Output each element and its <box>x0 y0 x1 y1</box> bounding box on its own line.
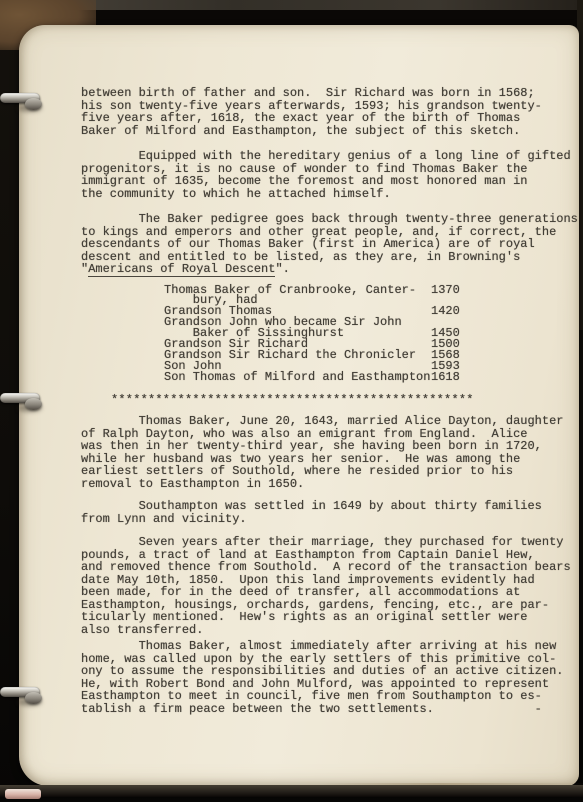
text-line: ony to assume the responsibilities and d… <box>81 665 573 678</box>
book-title: Americans of Royal Descent <box>88 262 275 277</box>
text-line: was then in her twenty-third year, she h… <box>81 440 573 453</box>
asterisk-separator: ****************************************… <box>111 394 573 407</box>
paragraph-pedigree-intro: The Baker pedigree goes back through twe… <box>81 213 573 263</box>
text-line: from Lynn and vicinity. <box>81 513 573 526</box>
pedigree-year: 1420 <box>431 306 460 317</box>
text-line: The Baker pedigree goes back through twe… <box>81 213 573 226</box>
text-line: five years after, 1618, the exact year o… <box>81 112 573 125</box>
text-line: Thomas Baker, almost immediately after a… <box>81 640 573 653</box>
paragraph-southampton: Southampton was settled in 1649 by about… <box>81 500 573 525</box>
binder-bottom-edge <box>0 785 583 797</box>
text-line: earliest settlers of Southold, where he … <box>81 465 573 478</box>
text-line: Southampton was settled in 1649 by about… <box>81 500 573 513</box>
text-line: Easthampton to meet in council, five men… <box>81 690 573 703</box>
text-line: immigrant of 1635, become the foremost a… <box>81 175 573 188</box>
text-line: Baker of Milford and Easthampton, the su… <box>81 125 573 138</box>
pedigree-name: Son Thomas of Milford and Easthampton <box>164 370 430 384</box>
ring-metal-cap <box>25 692 42 704</box>
paragraph-hereditary-genius: Equipped with the hereditary genius of a… <box>81 150 573 200</box>
document-page: between birth of father and son. Sir Ric… <box>19 25 579 786</box>
ring-metal-cap <box>25 398 42 410</box>
text-line: Equipped with the hereditary genius of a… <box>81 150 573 163</box>
text-line: and removed thence from Southold. A reco… <box>81 561 573 574</box>
quote-line: "Americans of Royal Descent". <box>81 263 573 276</box>
pedigree-row: Grandson Sir Richard the Chronicler1568 <box>164 350 573 361</box>
text-line: ticularly mentioned. Hew's rights as an … <box>81 611 573 624</box>
text-line: also transferred. <box>81 624 573 637</box>
binder-ring-middle <box>0 388 48 420</box>
pedigree-list: Thomas Baker of Cranbrooke, Canter-1370 … <box>164 285 573 383</box>
text-line: tablish a firm peace between the two set… <box>81 703 573 716</box>
quote-close: ". <box>275 262 289 276</box>
paragraph-land-purchase: Seven years after their marriage, they p… <box>81 536 573 636</box>
paragraph-birth-dates: between birth of father and son. Sir Ric… <box>81 87 573 137</box>
text-line: descendants of our Thomas Baker (first i… <box>81 238 573 251</box>
underlying-pages-edge <box>5 789 41 799</box>
text-line: Thomas Baker, June 20, 1643, married Ali… <box>81 415 573 428</box>
binder-ring-bottom <box>0 682 48 714</box>
text-line: the community to which he attached himse… <box>81 188 573 201</box>
text-line: been made, for in the deed of transfer, … <box>81 586 573 599</box>
pedigree-year: 1618 <box>431 372 460 383</box>
binder-photo: between birth of father and son. Sir Ric… <box>0 0 583 802</box>
pedigree-year: 1370 <box>431 285 460 296</box>
paragraph-marriage: Thomas Baker, June 20, 1643, married Ali… <box>81 415 573 490</box>
text-line: between birth of father and son. Sir Ric… <box>81 87 573 100</box>
paragraph-civic-duties: Thomas Baker, almost immediately after a… <box>81 640 573 715</box>
pedigree-row: Son Thomas of Milford and Easthampton161… <box>164 372 573 383</box>
text-line: Seven years after their marriage, they p… <box>81 536 573 549</box>
text-line: removal to Easthampton in 1650. <box>81 478 573 491</box>
binder-ring-top <box>0 88 48 120</box>
typed-text-block: between birth of father and son. Sir Ric… <box>81 87 573 715</box>
ring-metal-cap <box>25 98 42 110</box>
